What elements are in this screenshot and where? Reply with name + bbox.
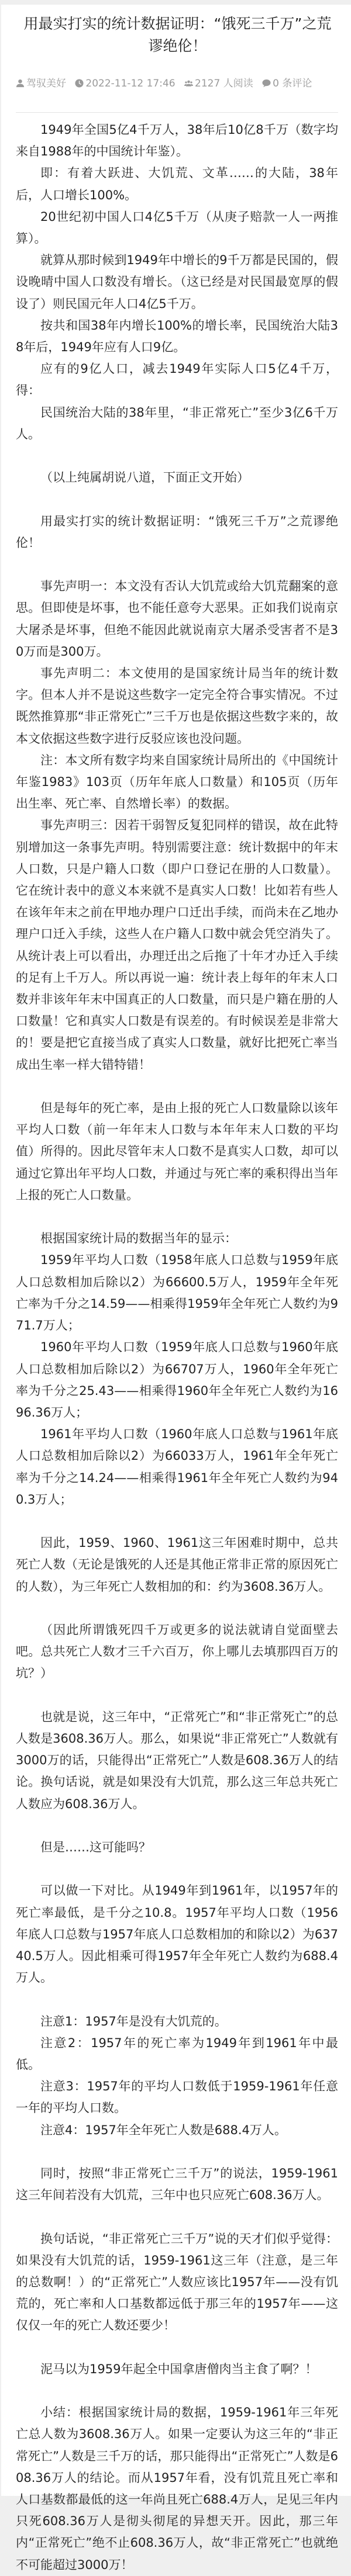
blank-line bbox=[16, 1815, 338, 1837]
article-paragraph: 注：本文所有数字均来自国家统计局所出的《中国统计年鉴1983》103页（历年年底… bbox=[16, 750, 338, 815]
blank-line bbox=[16, 445, 338, 467]
blank-line bbox=[16, 489, 338, 510]
article-paragraph: 按共和国38年内增长100%的增长率，民国统治大陆38年后，1949年应有人口9… bbox=[16, 315, 338, 358]
blank-line bbox=[16, 1076, 338, 1097]
article-card: 用最实打实的统计数据证明：“饿死三千万”之荒谬绝伦！ 驾驭美好 2022-11-… bbox=[1, 5, 351, 2496]
read-count-text: 2127 人阅读 bbox=[195, 78, 253, 89]
author-name: 驾驭美好 bbox=[26, 78, 66, 89]
blank-line bbox=[16, 2337, 338, 2359]
read-count: 2127 人阅读 bbox=[184, 78, 256, 89]
article-paragraph: 注意3：1957年的平均人口数低于1959-1961年任意一年的平均人口数。 bbox=[16, 2076, 338, 2119]
comment-count-text: 0 条评论 bbox=[273, 78, 312, 89]
article-paragraph: 但是……这可能吗？ bbox=[16, 1837, 338, 1858]
article-paragraph: 泥马以为1959年起全中国拿唐僧肉当主食了啊？！ bbox=[16, 2359, 338, 2380]
article-paragraph: 小结：根据国家统计局的数据，1959-1961年三年死亡总人数为3608.36万… bbox=[16, 2402, 338, 2496]
article-paragraph: 可以做一下对比。从1949年到1961年，以1957年的死亡率最低，是千分之10… bbox=[16, 1880, 338, 1989]
users-icon bbox=[184, 79, 193, 88]
article-paragraph: 1959年平均人口数（1958年底人口总数与1959年底人口总数相加后除以2）为… bbox=[16, 1249, 338, 1337]
blank-line bbox=[16, 2206, 338, 2228]
meta-divider bbox=[16, 112, 338, 113]
article-paragraph: 但是每年的死亡率，是由上报的死亡人口数量除以该年平均人口数（前一年年末人口数与本… bbox=[16, 1097, 338, 1206]
article-meta: 驾驭美好 2022-11-12 17:46 2127 人阅读 0 条评论 bbox=[16, 74, 326, 93]
blank-line bbox=[16, 1511, 338, 1532]
article-paragraph: 事先声明一：本文没有否认大饥荒或给大饥荒翻案的意思。但即使是坏事，也不能任意夸大… bbox=[16, 576, 338, 663]
article-paragraph: （以上纯属胡说八道，下面正文开始） bbox=[16, 467, 338, 489]
article-paragraph: 1949年全国5亿4千万人，38年后10亿8千万（数字均来自1988年的中国统计… bbox=[16, 119, 338, 162]
article-paragraph: 20世纪初中国人口4亿5千万（从庚子赔款一人一两推算）。 bbox=[16, 206, 338, 250]
comment-count[interactable]: 0 条评论 bbox=[262, 78, 312, 89]
publish-time: 2022-11-12 17:46 bbox=[75, 78, 178, 89]
article-paragraph: 换句话说，“非正常死亡三千万”说的天才们似乎觉得：如果没有大饥荒的话，1959-… bbox=[16, 2228, 338, 2337]
blank-line bbox=[16, 1598, 338, 1619]
clock-icon bbox=[75, 79, 84, 88]
blank-line bbox=[16, 1989, 338, 2010]
article-paragraph: 就算从那时候到1949年中增长的9千万都是民国的，假设晚晴中国人口数没有增长。（… bbox=[16, 250, 338, 315]
user-icon bbox=[16, 79, 25, 88]
blank-line bbox=[16, 1858, 338, 1880]
comment-icon bbox=[262, 79, 271, 88]
article-paragraph: 根据国家统计局的数据当年的显示： bbox=[16, 1228, 338, 1249]
article-paragraph: 注意1：1957年是没有大饥荒的。 bbox=[16, 2011, 338, 2033]
article-paragraph: 同时，按照“非正常死亡三千万”的说法，1959-1961这三年间若没有大饥荒，三… bbox=[16, 2163, 338, 2206]
blank-line bbox=[16, 2380, 338, 2402]
blank-line bbox=[16, 554, 338, 576]
article-paragraph: 应有的9亿人口，减去1949年实际人口5亿4千万，得： bbox=[16, 358, 338, 401]
article-paragraph: 事先声明三：因若干弱智反复犯同样的错误，故在此特别增加这一条事先声明。特别需要注… bbox=[16, 815, 338, 1075]
article-body: 1949年全国5亿4千万人，38年后10亿8千万（数字均来自1988年的中国统计… bbox=[16, 119, 338, 2496]
article-paragraph: 注意2：1957年的死亡率为1949年到1961年中最低。 bbox=[16, 2033, 338, 2076]
article-paragraph: （因此所谓饿死四千万或更多的说法就请自觉面壁去吧。总共死亡人数才三千六百万，你上… bbox=[16, 1619, 338, 1685]
publish-datetime: 2022-11-12 17:46 bbox=[85, 78, 175, 89]
article-paragraph: 用最实打实的统计数据证明：“饿死三千万”之荒谬绝伦！ bbox=[16, 511, 338, 554]
article-paragraph: 1960年平均人口数（1959年底人口总数与1960年底人口总数相加后除以2）为… bbox=[16, 1337, 338, 1424]
article-paragraph: 1961年平均人口数（1960年底人口总数与1961年底人口总数相加后除以2）为… bbox=[16, 1424, 338, 1511]
article-paragraph: 事先声明二：本文使用的是国家统计局当年的统计数字。但本人并不是说这些数字一定完全… bbox=[16, 663, 338, 750]
article-paragraph: 即：有着大跃进、大饥荒、文革……的大陆，38年后，人口增长100%。 bbox=[16, 162, 338, 206]
blank-line bbox=[16, 1206, 338, 1228]
article-paragraph: 也就是说，这三年中，“正常死亡”和“非正常死亡”的总人数是3608.36万人。那… bbox=[16, 1706, 338, 1815]
author[interactable]: 驾驭美好 bbox=[16, 78, 69, 89]
article-paragraph: 注意4：1957年全年死亡人数是688.4万人。 bbox=[16, 2120, 338, 2141]
article-title: 用最实打实的统计数据证明：“饿死三千万”之荒谬绝伦！ bbox=[17, 13, 338, 57]
article-paragraph: 民国统治大陆的38年里，“非正常死亡”至少3亿6千万人。 bbox=[16, 402, 338, 445]
blank-line bbox=[16, 1685, 338, 1706]
article-paragraph: 因此，1959、1960、1961这三年困难时期中，总共死亡人数（无论是饿死的人… bbox=[16, 1532, 338, 1598]
blank-line bbox=[16, 2141, 338, 2163]
